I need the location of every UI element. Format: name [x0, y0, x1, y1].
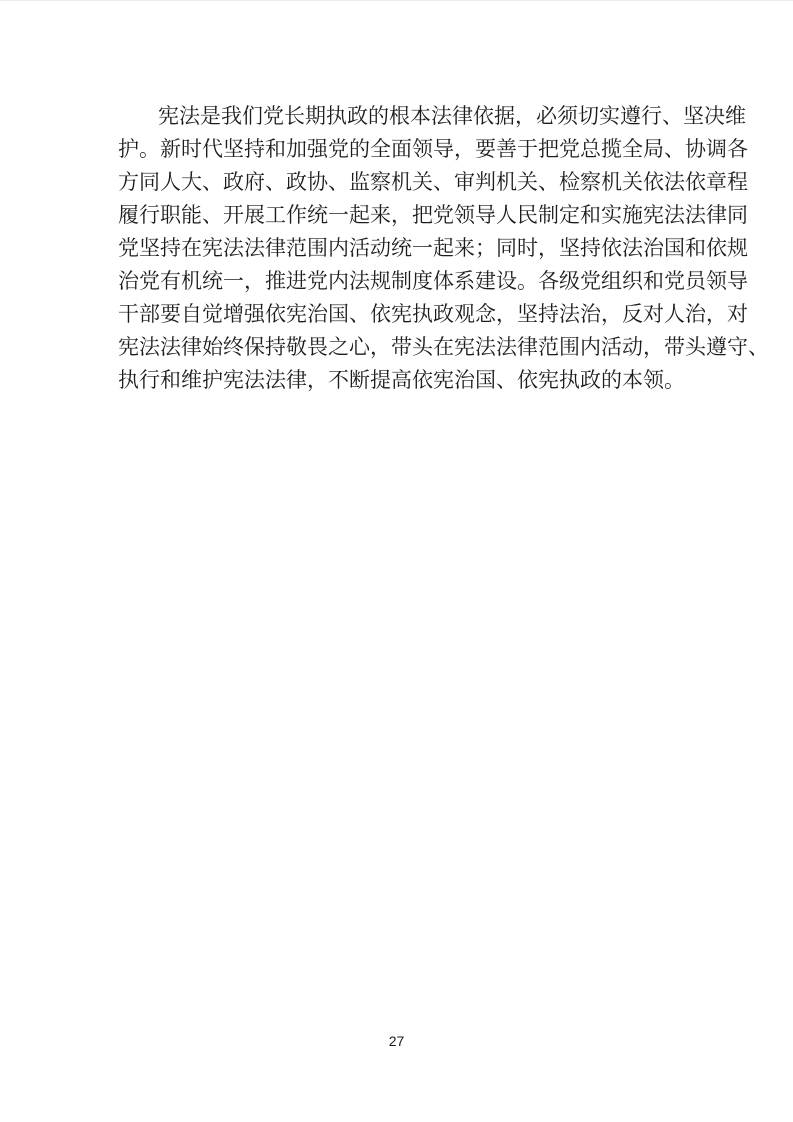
paragraph-line: 治党有机统一，推进党内法规制度体系建设。各级党组织和党员领导 [118, 265, 676, 298]
paragraph-line: 党坚持在宪法法律范围内活动统一起来；同时，坚持依法治国和依规 [118, 232, 676, 265]
body-paragraph: 宪法是我们党长期执政的根本法律依据，必须切实遵行、坚决维 护。新时代坚持和加强党… [118, 100, 676, 397]
paragraph-line: 履行职能、开展工作统一起来，把党领导人民制定和实施宪法法律同 [118, 199, 676, 232]
paragraph-line: 干部要自觉增强依宪治国、依宪执政观念，坚持法治，反对人治，对 [118, 298, 676, 331]
paragraph-line: 方同人大、政府、政协、监察机关、审判机关、检察机关依法依章程 [118, 166, 676, 199]
paragraph-line: 执行和维护宪法法律，不断提高依宪治国、依宪执政的本领。 [118, 364, 676, 397]
paragraph-line: 宪法法律始终保持敬畏之心，带头在宪法法律范围内活动，带头遵守、 [118, 331, 676, 364]
page-number: 27 [0, 1033, 793, 1049]
document-page: 宪法是我们党长期执政的根本法律依据，必须切实遵行、坚决维 护。新时代坚持和加强党… [0, 0, 793, 1122]
paragraph-line: 护。新时代坚持和加强党的全面领导，要善于把党总揽全局、协调各 [118, 133, 676, 166]
paragraph-line: 宪法是我们党长期执政的根本法律依据，必须切实遵行、坚决维 [118, 100, 676, 133]
